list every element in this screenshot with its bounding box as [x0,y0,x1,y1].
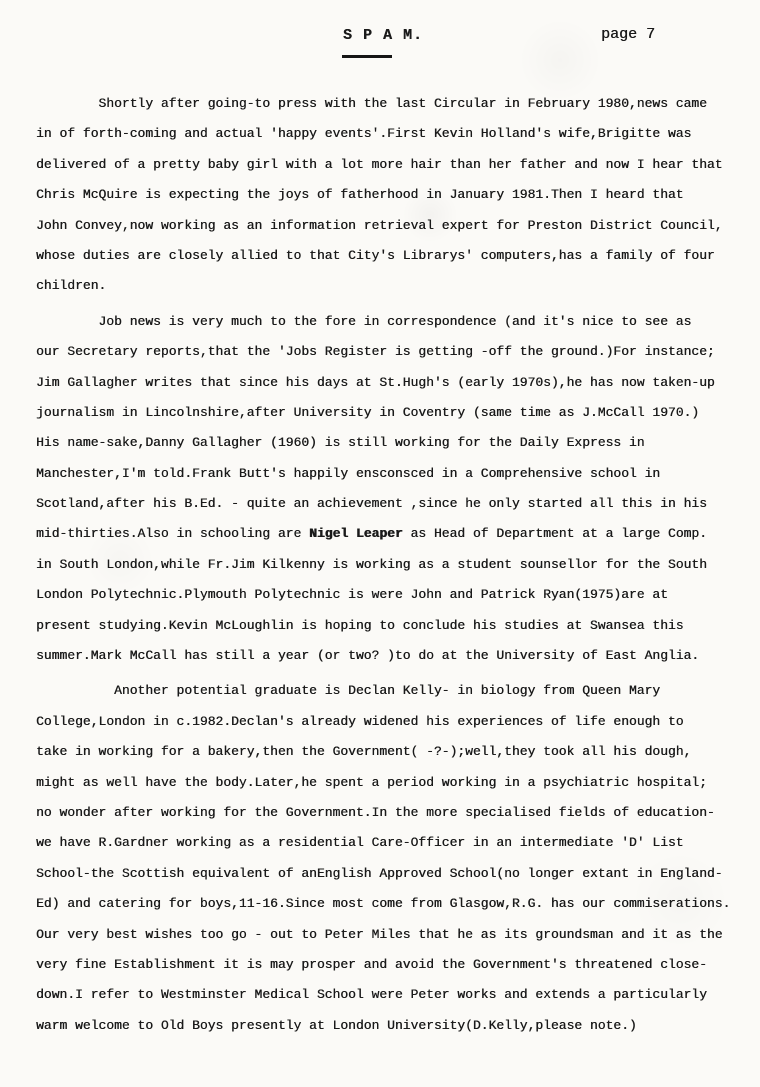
text-line: London Polytechnic.Plymouth Polytechnic … [36,580,738,610]
text-line: summer.Mark McCall has still a year (or … [36,641,738,671]
text-line: School-the Scottish equivalent of anEngl… [36,859,738,889]
document-body: Shortly after going-to press with the la… [36,89,738,1041]
text-line: mid-thirties.Also in schooling are Nigel… [36,519,738,549]
bold-text: Nigel Leaper [309,526,403,541]
text-line: Another potential graduate is Declan Kel… [36,676,738,706]
text-line: in South London,while Fr.Jim Kilkenny is… [36,550,738,580]
text-line: whose duties are closely allied to that … [36,241,738,271]
text-line: Manchester,I'm told.Frank Butt's happily… [36,459,738,489]
text-line: Jim Gallagher writes that since his days… [36,368,738,398]
text-line: Job news is very much to the fore in cor… [36,307,738,337]
text-line: Shortly after going-to press with the la… [36,89,738,119]
text-line: John Convey,now working as an informatio… [36,211,738,241]
text-line: we have R.Gardner working as a residenti… [36,828,738,858]
text-line: Ed) and catering for boys,11-16.Since mo… [36,889,738,919]
text-line: Chris McQuire is expecting the joys of f… [36,180,738,210]
text-line: present studying.Kevin McLoughlin is hop… [36,611,738,641]
paragraph: Job news is very much to the fore in cor… [36,307,738,672]
paragraph: Shortly after going-to press with the la… [36,89,738,302]
page-title: S P A M. [343,27,423,44]
paragraph: Another potential graduate is Declan Kel… [36,676,738,1041]
text-line: down.I refer to Westminster Medical Scho… [36,980,738,1010]
text-line: take in working for a bakery,then the Go… [36,737,738,767]
text-line: delivered of a pretty baby girl with a l… [36,150,738,180]
text-line: warm welcome to Old Boys presently at Lo… [36,1011,738,1041]
text-line: might as well have the body.Later,he spe… [36,768,738,798]
text-line: in of forth-coming and actual 'happy eve… [36,119,738,149]
text-line: very fine Establishment it is may prospe… [36,950,738,980]
text-line: Scotland,after his B.Ed. - quite an achi… [36,489,738,519]
text-line: College,London in c.1982.Declan's alread… [36,707,738,737]
text-line: Our very best wishes too go - out to Pet… [36,920,738,950]
page-number: page 7 [601,26,655,43]
text-line: our Secretary reports,that the 'Jobs Reg… [36,337,738,367]
text-line: no wonder after working for the Governme… [36,798,738,828]
document-page: S P A M. page 7 Shortly after going-to p… [0,0,760,1087]
text-line: children. [36,271,738,301]
text-line: His name-sake,Danny Gallagher (1960) is … [36,428,738,458]
text-line: journalism in Lincolnshire,after Univers… [36,398,738,428]
title-underline [342,55,392,58]
